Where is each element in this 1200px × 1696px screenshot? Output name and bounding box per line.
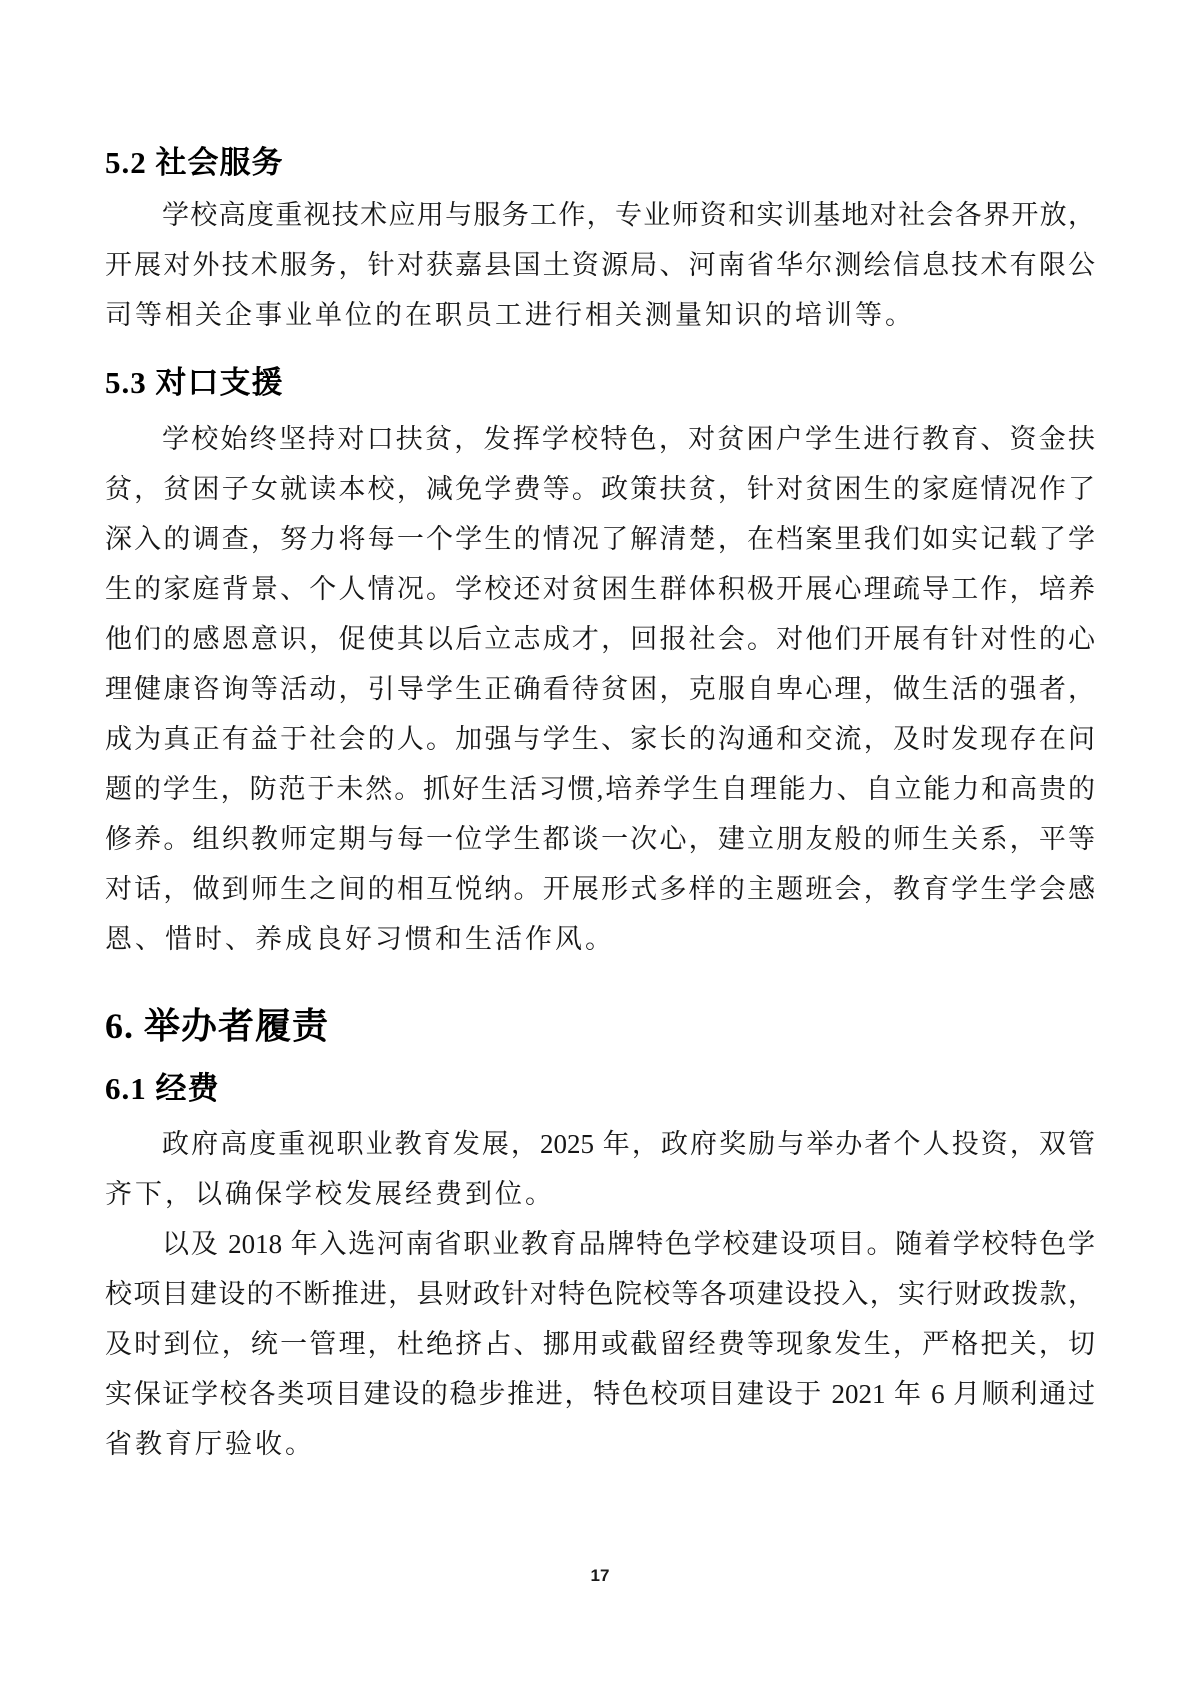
- text-line: 及时到位，统一管理，杜绝挤占、挪用或截留经费等现象发生，严格把关，切: [105, 1319, 1095, 1369]
- text-line: 对话，做到师生之间的相互悦纳。开展形式多样的主题班会，教育学生学会感: [105, 864, 1095, 914]
- section-heading-6-1: 6.1 经费: [105, 1067, 1095, 1111]
- text-line: 校项目建设的不断推进，县财政针对特色院校等各项建设投入，实行财政拨款，: [105, 1269, 1095, 1319]
- page-number: 17: [0, 1566, 1200, 1586]
- section-heading-6: 6. 举办者履责: [105, 1001, 1095, 1051]
- text-line: 他们的感恩意识，促使其以后立志成才，回报社会。对他们开展有针对性的心: [105, 614, 1095, 664]
- text-line: 恩、惜时、养成良好习惯和生活作风。: [105, 914, 1095, 964]
- text-line: 深入的调查，努力将每一个学生的情况了解清楚，在档案里我们如实记载了学: [105, 514, 1095, 564]
- text-line: 实保证学校各类项目建设的稳步推进，特色校项目建设于 2021 年 6 月顺利通过: [105, 1369, 1095, 1419]
- section-5-3-paragraph: 学校始终坚持对口扶贫，发挥学校特色，对贫困户学生进行教育、资金扶 贫，贫困子女就…: [105, 414, 1095, 964]
- page-content: 5.2 社会服务 学校高度重视技术应用与服务工作，专业师资和实训基地对社会各界开…: [105, 0, 1095, 1469]
- section-6-1-paragraph-1: 政府高度重视职业教育发展，2025 年，政府奖励与举办者个人投资，双管 齐下，以…: [105, 1119, 1095, 1219]
- text-line: 理健康咨询等活动，引导学生正确看待贫困，克服自卑心理，做生活的强者，: [105, 664, 1095, 714]
- section-5-2-paragraph: 学校高度重视技术应用与服务工作，专业师资和实训基地对社会各界开放， 开展对外技术…: [105, 190, 1095, 340]
- text-line: 省教育厅验收。: [105, 1419, 1095, 1469]
- text-line: 成为真正有益于社会的人。加强与学生、家长的沟通和交流，及时发现存在问: [105, 714, 1095, 764]
- text-line: 政府高度重视职业教育发展，2025 年，政府奖励与举办者个人投资，双管: [105, 1119, 1095, 1169]
- text-line: 生的家庭背景、个人情况。学校还对贫困生群体积极开展心理疏导工作，培养: [105, 564, 1095, 614]
- section-heading-5-3: 5.3 对口支援: [105, 361, 1095, 405]
- text-line: 题的学生，防范于未然。抓好生活习惯,培养学生自理能力、自立能力和高贵的: [105, 764, 1095, 814]
- section-heading-5-2: 5.2 社会服务: [105, 141, 1095, 185]
- text-line: 修养。组织教师定期与每一位学生都谈一次心，建立朋友般的师生关系，平等: [105, 814, 1095, 864]
- document-page: 5.2 社会服务 学校高度重视技术应用与服务工作，专业师资和实训基地对社会各界开…: [0, 0, 1200, 1696]
- text-line: 开展对外技术服务，针对获嘉县国土资源局、河南省华尔测绘信息技术有限公: [105, 240, 1095, 290]
- text-line: 司等相关企事业单位的在职员工进行相关测量知识的培训等。: [105, 290, 1095, 340]
- text-line: 齐下，以确保学校发展经费到位。: [105, 1169, 1095, 1219]
- text-line: 以及 2018 年入选河南省职业教育品牌特色学校建设项目。随着学校特色学: [105, 1219, 1095, 1269]
- section-6-1-paragraph-2: 以及 2018 年入选河南省职业教育品牌特色学校建设项目。随着学校特色学 校项目…: [105, 1219, 1095, 1469]
- text-line: 贫，贫困子女就读本校，减免学费等。政策扶贫，针对贫困生的家庭情况作了: [105, 464, 1095, 514]
- text-line: 学校高度重视技术应用与服务工作，专业师资和实训基地对社会各界开放，: [105, 190, 1095, 240]
- text-line: 学校始终坚持对口扶贫，发挥学校特色，对贫困户学生进行教育、资金扶: [105, 414, 1095, 464]
